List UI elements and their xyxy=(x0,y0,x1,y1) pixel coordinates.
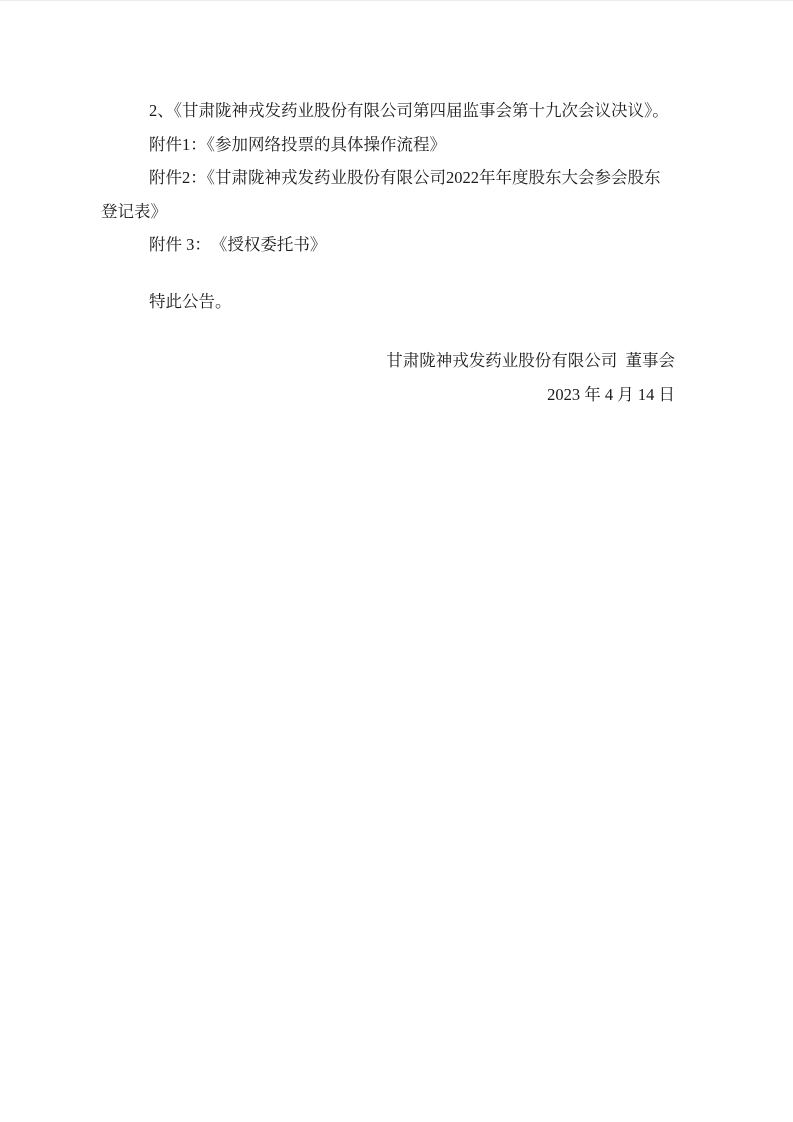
signature-block: 甘肃陇神戎发药业股份有限公司 董事会 2023 年 4 月 14 日 xyxy=(101,344,701,411)
document-content: 2、《甘肃陇神戎发药业股份有限公司第四届监事会第十九次会议决议》。 附件1：《参… xyxy=(101,94,701,411)
signature-date: 2023 年 4 月 14 日 xyxy=(101,378,675,412)
attachment-1-line: 附件1：《参加网络投票的具体操作流程》 xyxy=(101,128,701,162)
attachment-2-line-1: 附件2：《甘肃陇神戎发药业股份有限公司2022年年度股东大会参会股东 xyxy=(101,161,701,195)
attachment-3-line: 附件 3： 《授权委托书》 xyxy=(101,228,701,262)
list-item-2: 2、《甘肃陇神戎发药业股份有限公司第四届监事会第十九次会议决议》。 xyxy=(101,94,701,128)
attachment-2-line-2: 登记表》 xyxy=(101,195,701,229)
closing-statement: 特此公告。 xyxy=(101,285,701,319)
document-page: 2、《甘肃陇神戎发药业股份有限公司第四届监事会第十九次会议决议》。 附件1：《参… xyxy=(0,0,793,1122)
signature-company: 甘肃陇神戎发药业股份有限公司 董事会 xyxy=(101,344,675,378)
